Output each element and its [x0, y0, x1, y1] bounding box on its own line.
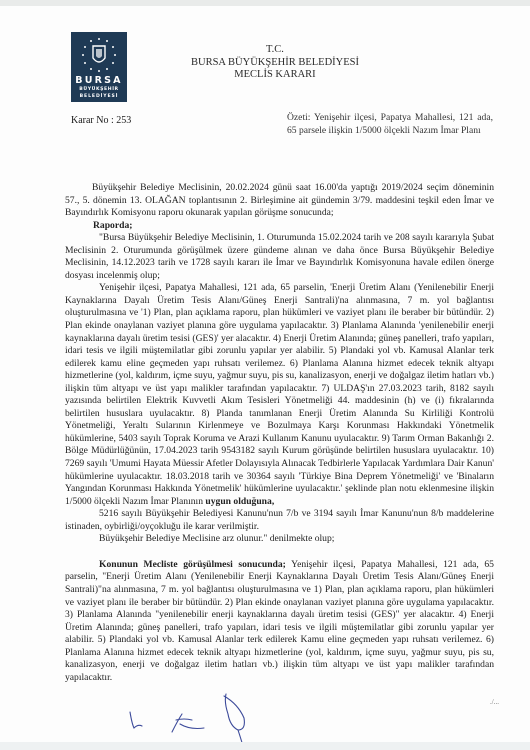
logo-line-2: BÜYÜKŞEHİR	[71, 87, 127, 92]
logo-line-1: BURSA	[71, 75, 127, 86]
logo-line-3: BELEDİYESİ	[71, 94, 127, 99]
intro-paragraph: Büyükşehir Belediye Meclisinin, 20.02.20…	[65, 182, 494, 220]
report-paragraph-2-bold: uygun olduğuna,	[205, 496, 274, 507]
report-paragraph-2-text: Yenişehir ilçesi, Papatya Mahallesi, 121…	[65, 282, 494, 506]
header-tc: T.C.	[180, 44, 370, 57]
header-institution: BURSA BÜYÜKŞEHİR BELEDİYESİ	[180, 57, 370, 70]
signature-icon	[120, 690, 270, 750]
decision-summary: Özeti: Yenişehir ilçesi, Papatya Mahalle…	[287, 112, 493, 137]
report-paragraph-2: Yenişehir ilçesi, Papatya Mahallesi, 121…	[65, 282, 494, 508]
report-paragraph-1: "Bursa Büyükşehir Belediye Meclisinin, 1…	[65, 232, 494, 282]
bursa-emblem-icon	[79, 36, 119, 74]
decision-body: Büyükşehir Belediye Meclisinin, 20.02.20…	[65, 182, 494, 684]
document-page: BURSA BÜYÜKŞEHİR BELEDİYESİ T.C. BURSA B…	[0, 0, 530, 750]
result-paragraph: Konunun Mecliste görüşülmesi sonucunda; …	[65, 559, 494, 684]
document-header: T.C. BURSA BÜYÜKŞEHİR BELEDİYESİ MECLİS …	[180, 44, 370, 82]
decision-number: Karar No : 253	[71, 115, 131, 126]
header-title: MECLİS KARARI	[180, 69, 370, 82]
report-paragraph-4: Büyükşehir Belediye Meclisine arz olunur…	[65, 533, 494, 546]
raporda-heading: Raporda;	[65, 220, 494, 233]
municipality-logo: BURSA BÜYÜKŞEHİR BELEDİYESİ	[71, 32, 127, 102]
scan-edge-top	[0, 0, 530, 6]
scan-edge-bottom	[0, 742, 530, 750]
report-paragraph-3: 5216 sayılı Büyükşehir Belediyesi Kanunu…	[65, 508, 494, 533]
result-text: Yenişehir ilçesi, Papatya Mahallesi, 121…	[65, 559, 494, 683]
continuation-mark: ./...	[490, 698, 499, 706]
result-heading: Konunun Mecliste görüşülmesi sonucunda;	[99, 559, 286, 570]
